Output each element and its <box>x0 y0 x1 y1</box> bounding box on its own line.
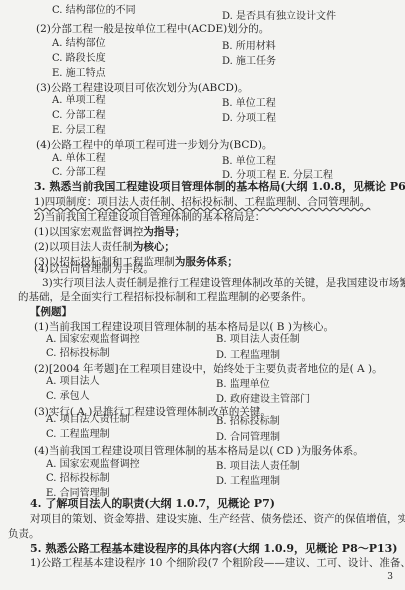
list-emphasis: 为服务体系； <box>175 256 238 268</box>
list-text: (1)以国家宏观监督调控 <box>34 226 143 238</box>
question-stem: (1)当前我国工程建设项目管理体制的基本格局是以( B )为核心。 <box>34 320 334 334</box>
option-c: C. 工程监理制 <box>46 428 110 442</box>
option-b: B. 单位工程 <box>222 155 276 169</box>
question-stem: (3)公路工程建设项目可依次划分为(ABCD)。 <box>36 81 249 95</box>
option-c: C. 招标投标制 <box>46 347 110 361</box>
option-a: A. 国家宏观监督调控 <box>46 333 140 347</box>
option-d: D. 工程监理制 <box>216 475 280 489</box>
option-d: D. 施工任务 <box>222 55 276 69</box>
list-item: (1)以国家宏观监督调控为指导； <box>34 225 185 239</box>
list-emphasis: 为核心； <box>133 241 175 253</box>
option-d: D. 合同管理制 <box>216 431 280 445</box>
option-a: A. 单体工程 <box>52 152 106 166</box>
paragraph: 2)当前我国工程建设项目管理体制的基本格局是： <box>34 210 265 224</box>
list-item: (2)以项目法人责任制为核心； <box>34 240 175 254</box>
option-b: B. 所用材料 <box>222 40 276 54</box>
paragraph: 的基础，是全面实行工程招标投标制和工程监理制的必要条件。 <box>18 290 312 304</box>
section-heading: 3. 熟悉当前我国工程建设项目管理体制的基本格局(大纲 1.0.8，见概论 P6… <box>34 180 405 194</box>
option-c: C. 招标投标制 <box>46 472 110 486</box>
paragraph: 1)公路工程基本建设程序 10 个细阶段(7 个粗阶段——建议、工可、设计、准备… <box>30 556 405 570</box>
paragraph: 1)四项制度：项目法人责任制、招标投标制、工程监理制、合同管理制。 <box>34 195 370 209</box>
paragraph: 负责。 <box>8 527 40 541</box>
option-a: A. 结构部位 <box>52 37 106 51</box>
option-c: C. 路段长度 <box>52 52 106 66</box>
textbook-page: C. 结构部位的不同 D. 是否具有独立设计文件 (2)分部工程一般是按单位工程… <box>0 0 405 590</box>
option-a: A. 单项工程 <box>52 94 106 108</box>
list-emphasis: 为指导； <box>143 226 185 238</box>
option-b: B. 招标投标制 <box>216 415 280 429</box>
section-heading: 4. 了解项目法人的职责(大纲 1.0.7，见概论 P7) <box>30 497 275 511</box>
question-stem: (4)公路工程中的单项工程可进一步划分为(BCD)。 <box>36 138 272 152</box>
option-c: C. 承包人 <box>46 390 90 404</box>
option-c: C. 分部工程 <box>52 166 106 180</box>
option-b: B. 单位工程 <box>222 97 276 111</box>
option-a: A. 项目法人责任制 <box>46 413 130 427</box>
option-a: A. 国家宏观监督调控 <box>46 458 140 472</box>
question-stem: (2)分部工程一般是按单位工程中(ACDE)划分的。 <box>36 22 269 36</box>
question-stem: (4)当前我国工程建设项目管理体制的基本格局是以( CD )为服务体系。 <box>34 444 364 458</box>
list-item: (4)以合同管理制为手段。 <box>34 262 154 276</box>
section-heading: 5. 熟悉公路工程基本建设程序的具体内容(大纲 1.0.9，见概论 P8～P13… <box>30 542 398 556</box>
option-c: C. 结构部位的不同 <box>52 4 136 18</box>
option-a: A. 项目法人 <box>46 375 100 389</box>
underlined-text: 1)四项制度：项目法人责任制、招标投标制、工程监理制、合同管理制。 <box>34 196 370 208</box>
option-d: D. 分项工程 <box>222 112 276 126</box>
list-text: (2)以项目法人责任制 <box>34 241 133 253</box>
option-e: E. 分层工程 <box>52 124 106 138</box>
page-number: 3 <box>387 572 393 582</box>
paragraph: 3)实行项目法人责任制是推行工程建设管理体制改革的关键，是我国建设市场繁荣发展 <box>42 276 405 290</box>
option-b: B. 监理单位 <box>216 378 270 392</box>
example-label: 【例题】 <box>30 305 72 319</box>
option-e: E. 施工特点 <box>52 67 106 81</box>
paragraph: 对项目的策划、资金筹措、建设实施、生产经营、债务偿还、资产的保值增值，实行全面 <box>30 512 405 526</box>
option-d: D. 工程监理制 <box>216 349 280 363</box>
option-c: C. 分部工程 <box>52 109 106 123</box>
option-b: B. 项目法人责任制 <box>216 333 300 347</box>
question-stem: (2)[2004 年考题]在工程项目建设中，始终处于主要负责者地位的是( A )… <box>34 362 383 376</box>
option-b: B. 项目法人责任制 <box>216 460 300 474</box>
